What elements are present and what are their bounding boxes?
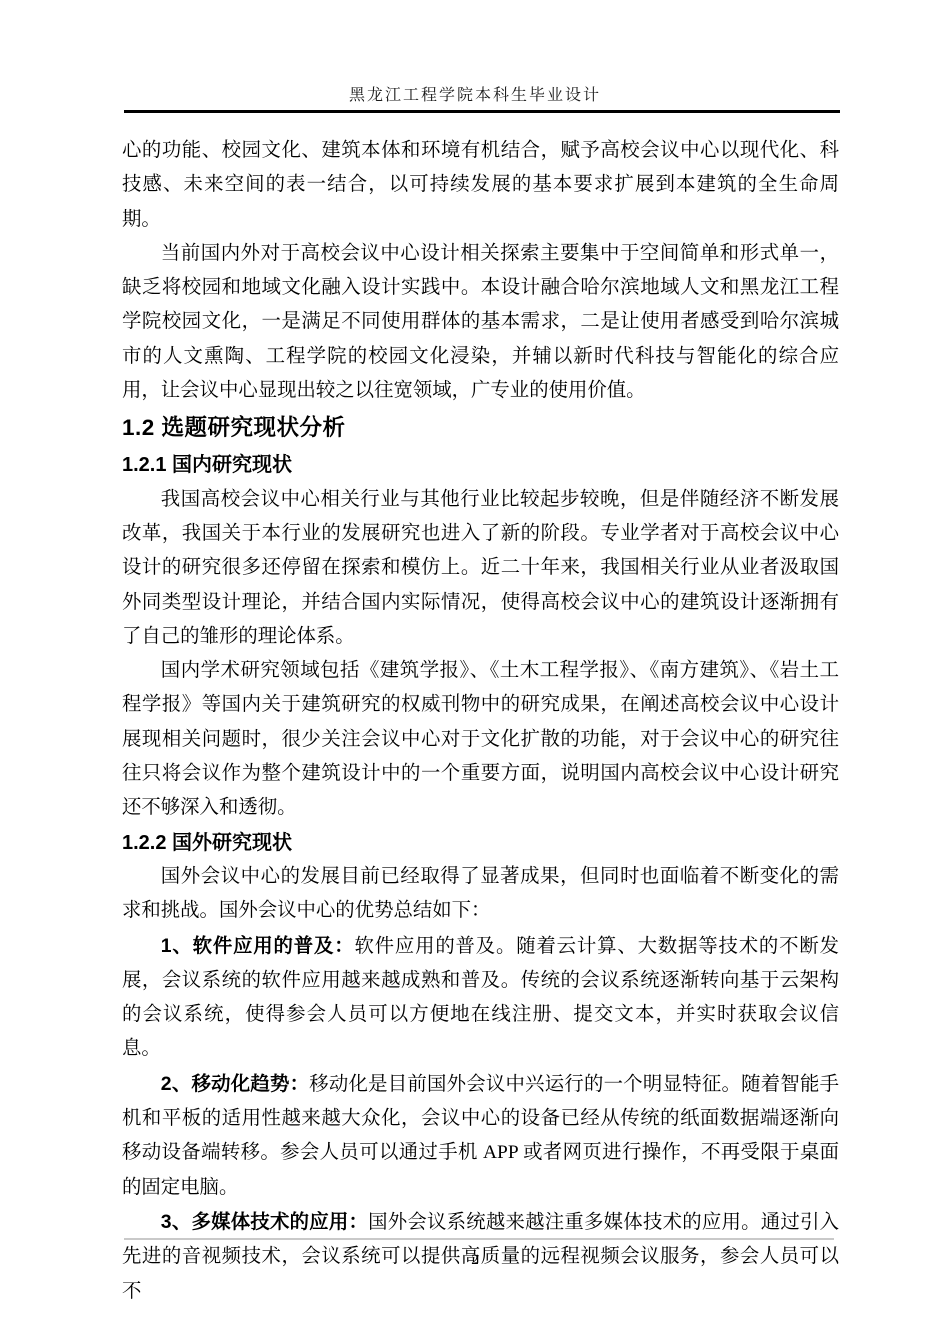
paragraph-overview: 当前国内外对于高校会议中心设计相关探索主要集中于空间简单和形式单一，缺乏将校园和… (122, 237, 839, 408)
list-item-multimedia-lead: 3、多媒体技术的应用： (161, 1211, 368, 1233)
paragraph-continuation: 心的功能、校园文化、建筑本体和环境有机结合，赋予高校会议中心以现代化、科技感、未… (122, 134, 839, 237)
page-header-title: 黑龙江工程学院本科生毕业设计 (0, 86, 950, 106)
section-heading-1-2: 1.2 选题研究现状分析 (122, 408, 839, 448)
paragraph-domestic-status-1: 我国高校会议中心相关行业与其他行业比较起步较晚，但是伴随经济不断发展改革，我国关… (122, 483, 839, 654)
footer-divider-rule (124, 1238, 834, 1240)
document-body: 心的功能、校园文化、建筑本体和环境有机结合，赋予高校会议中心以现代化、科技感、未… (122, 134, 839, 1309)
list-item-mobile-lead: 2、移动化趋势： (161, 1073, 309, 1095)
paragraph-foreign-intro: 国外会议中心的发展目前已经取得了显著成果，但同时也面临着不断变化的需求和挑战。国… (122, 860, 839, 929)
document-page: 黑龙江工程学院本科生毕业设计 心的功能、校园文化、建筑本体和环境有机结合，赋予高… (0, 0, 950, 1344)
list-item-software: 1、软件应用的普及：软件应用的普及。随着云计算、大数据等技术的不断发展，会议系统… (122, 929, 839, 1067)
subsection-heading-1-2-2: 1.2.2 国外研究现状 (122, 826, 839, 860)
subsection-heading-1-2-1: 1.2.1 国内研究现状 (122, 448, 839, 482)
paragraph-domestic-status-2: 国内学术研究领域包括《建筑学报》、《土木工程学报》、《南方建筑》、《岩土工程学报… (122, 654, 839, 825)
page-number: 2 (0, 1250, 950, 1270)
header-divider-rule (124, 110, 840, 113)
list-item-mobile: 2、移动化趋势：移动化是目前国外会议中兴运行的一个明显特征。随着智能手机和平板的… (122, 1067, 839, 1205)
list-item-software-lead: 1、软件应用的普及： (161, 935, 355, 957)
